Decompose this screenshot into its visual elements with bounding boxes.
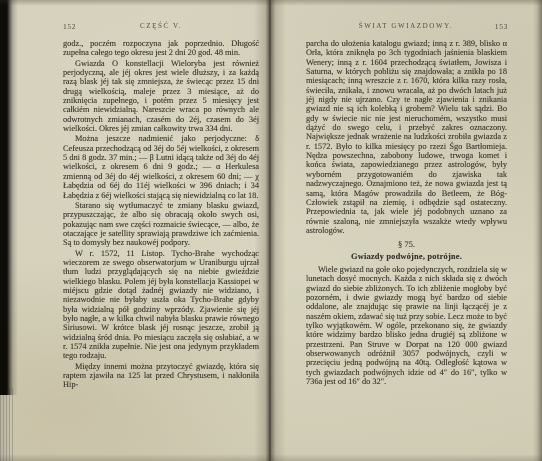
- scan-left-dark-edge: [0, 0, 18, 395]
- paragraph: Gwiazda O konstellacji Wieloryba jest ró…: [63, 59, 259, 134]
- text-column-left: godz., poczém rozpoczyna jak poprzednio.…: [63, 39, 259, 391]
- section-title: Gwiazdy podwójne, potrójne.: [306, 252, 507, 261]
- section-mark: § 75.: [306, 240, 507, 249]
- running-head-right: ŚWIAT GWIAZDOWY.: [306, 22, 506, 30]
- page-number-right: 153: [495, 22, 508, 31]
- book-gutter-shadow: [254, 0, 286, 461]
- paragraph: Wiele gwiazd na gołe oko pojedynczych, r…: [306, 265, 507, 386]
- text-column-right: parcha do ułożenia katalogu gwiazd; inną…: [306, 39, 507, 387]
- scan-top-shadow: [0, 0, 542, 6]
- page-edges-texture: [0, 388, 13, 461]
- paragraph: parcha do ułożenia katalogu gwiazd; inną…: [306, 39, 507, 235]
- scan-bottom-shadow: [0, 454, 542, 461]
- paragraph: W r. 1572, 11 Listop. Tycho-Brahe wychod…: [63, 249, 259, 361]
- paragraph: Można jeszcze nadmienić jako perjodyczne…: [63, 134, 259, 199]
- scan-right-shadow: [533, 0, 542, 461]
- page-right: ŚWIAT GWIAZDOWY. 153 parcha do ułożenia …: [272, 0, 542, 461]
- paragraph: Starano się wytłumaczyć te zmiany blasku…: [63, 201, 259, 248]
- running-head-left: CZĘŚĆ V.: [63, 22, 259, 30]
- paragraph: godz., poczém rozpoczyna jak poprzednio.…: [63, 39, 259, 58]
- paragraph: Między innemi można przytoczyć gwiazdę, …: [63, 362, 259, 390]
- page-left: 152 CZĘŚĆ V. godz., poczém rozpoczyna ja…: [20, 0, 264, 461]
- book-scan-spread: 152 CZĘŚĆ V. godz., poczém rozpoczyna ja…: [0, 0, 542, 461]
